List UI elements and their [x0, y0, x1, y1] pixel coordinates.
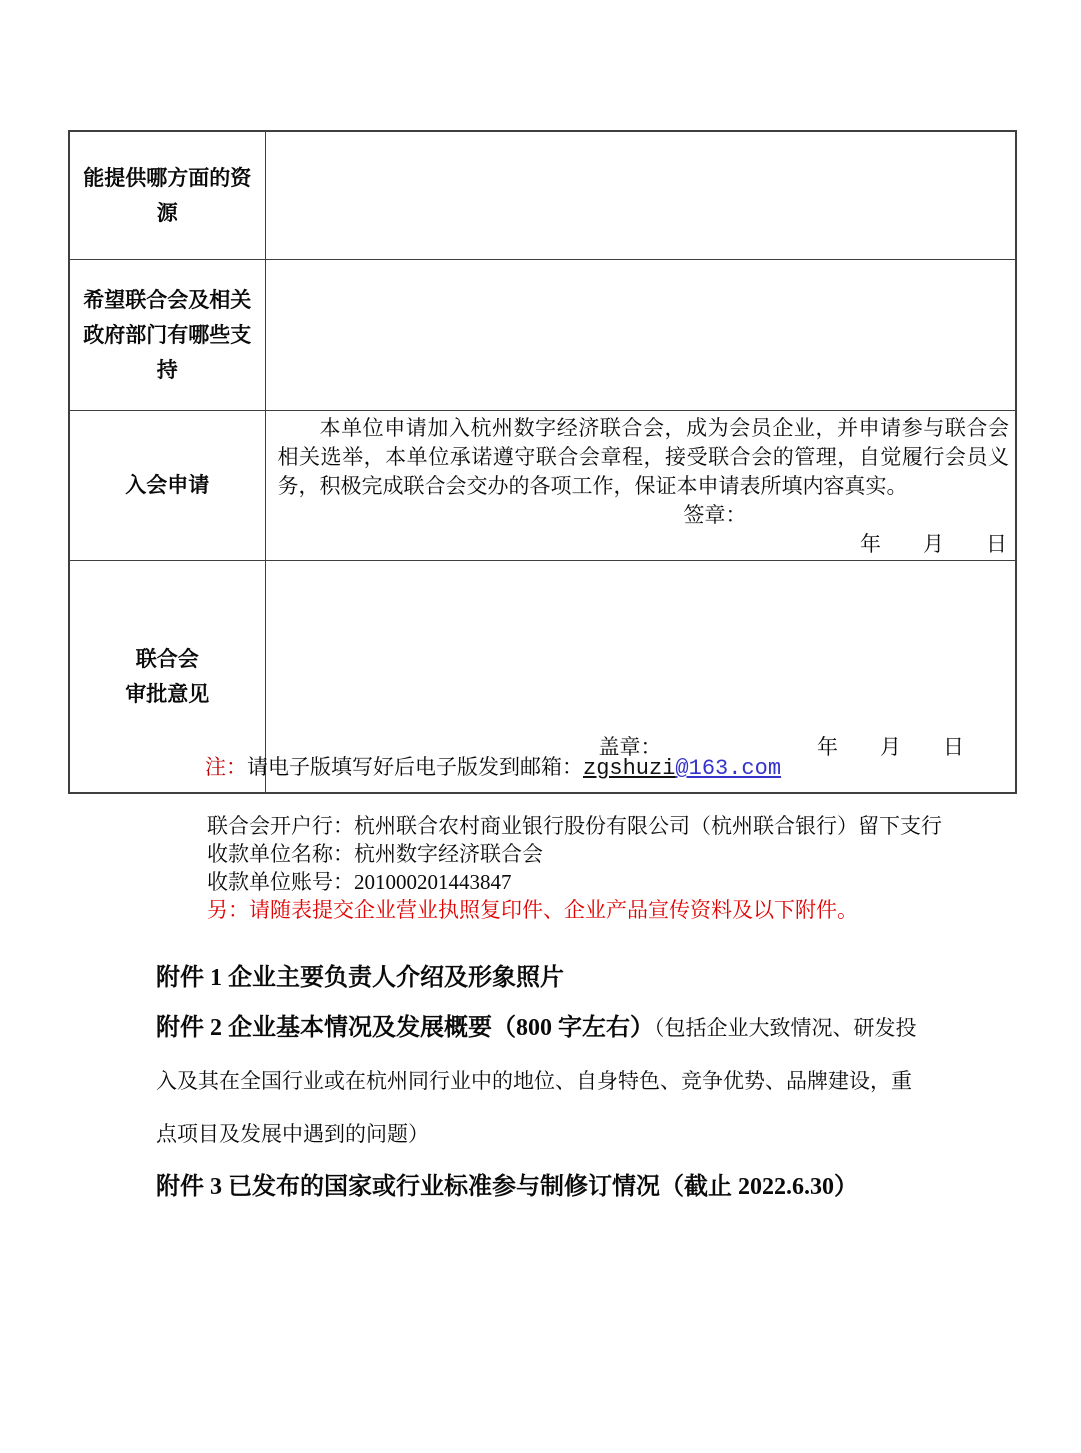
row-content-application: 本单位申请加入杭州数字经济联合会，成为会员企业，并申请参与联合会相关选举，本单位…: [265, 411, 1016, 561]
note-text: 请电子版填写好后电子版发到邮箱：: [247, 755, 583, 779]
attachment-2: 附件 2 企业基本情况及发展概要（800 字左右）（包括企业大致情况、研发投入及…: [156, 1003, 921, 1162]
application-statement: 本单位申请加入杭州数字经济联合会，成为会员企业，并申请参与联合会相关选举，本单位…: [278, 414, 1010, 501]
seal-label: 签章：: [684, 503, 747, 527]
table-row-application: 入会申请 本单位申请加入杭州数字经济联合会，成为会员企业，并申请参与联合会相关选…: [69, 411, 1016, 561]
bank-info-block: 联合会开户行：杭州联合农村商业银行股份有限公司（杭州联合银行）留下支行 收款单位…: [207, 812, 942, 924]
account-number-line: 收款单位账号：201000201443847: [207, 868, 942, 896]
email-link[interactable]: zgshuzi@163.com: [583, 756, 781, 781]
table-row-resources: 能提供哪方面的资源: [69, 131, 1016, 260]
table-row-support: 希望联合会及相关政府部门有哪些支持: [69, 260, 1016, 411]
email-domain-part[interactable]: @163.com: [675, 756, 781, 781]
payee-name-line: 收款单位名称：杭州数字经济联合会: [207, 840, 942, 868]
attachments-list: 附件 1 企业主要负责人介绍及形象照片 附件 2 企业基本情况及发展概要（800…: [156, 953, 921, 1212]
row-label-application: 入会申请: [69, 411, 265, 561]
submission-warning-line: 另：请随表提交企业营业执照复印件、企业产品宣传资料及以下附件。: [207, 896, 942, 924]
seal-label-line: 签章：: [684, 501, 1010, 530]
bank-account-line: 联合会开户行：杭州联合农村商业银行股份有限公司（杭州联合银行）留下支行: [207, 812, 942, 840]
attachment-3: 附件 3 已发布的国家或行业标准参与制修订情况（截止 2022.6.30）: [156, 1162, 921, 1212]
application-table: 能提供哪方面的资源 希望联合会及相关政府部门有哪些支持 入会申请 本单位申请加入…: [68, 130, 1017, 794]
attachment-2-title: 附件 2 企业基本情况及发展概要（800 字左右）: [156, 1015, 654, 1041]
email-user-part[interactable]: zgshuzi: [583, 756, 675, 781]
row-content-support: [265, 260, 1016, 411]
document-page: 能提供哪方面的资源 希望联合会及相关政府部门有哪些支持 入会申请 本单位申请加入…: [0, 0, 1081, 1453]
application-date-line: 年 月 日: [278, 530, 1010, 559]
row-content-resources: [265, 131, 1016, 260]
row-label-support: 希望联合会及相关政府部门有哪些支持: [69, 260, 265, 411]
note-prefix: 注：: [205, 755, 247, 779]
approval-date-line: 年 月 日: [817, 733, 964, 762]
attachment-1: 附件 1 企业主要负责人介绍及形象照片: [156, 953, 921, 1003]
email-note-line: 注：请电子版填写好后电子版发到邮箱：zgshuzi@163.com: [205, 752, 781, 784]
row-label-resources: 能提供哪方面的资源: [69, 131, 265, 260]
